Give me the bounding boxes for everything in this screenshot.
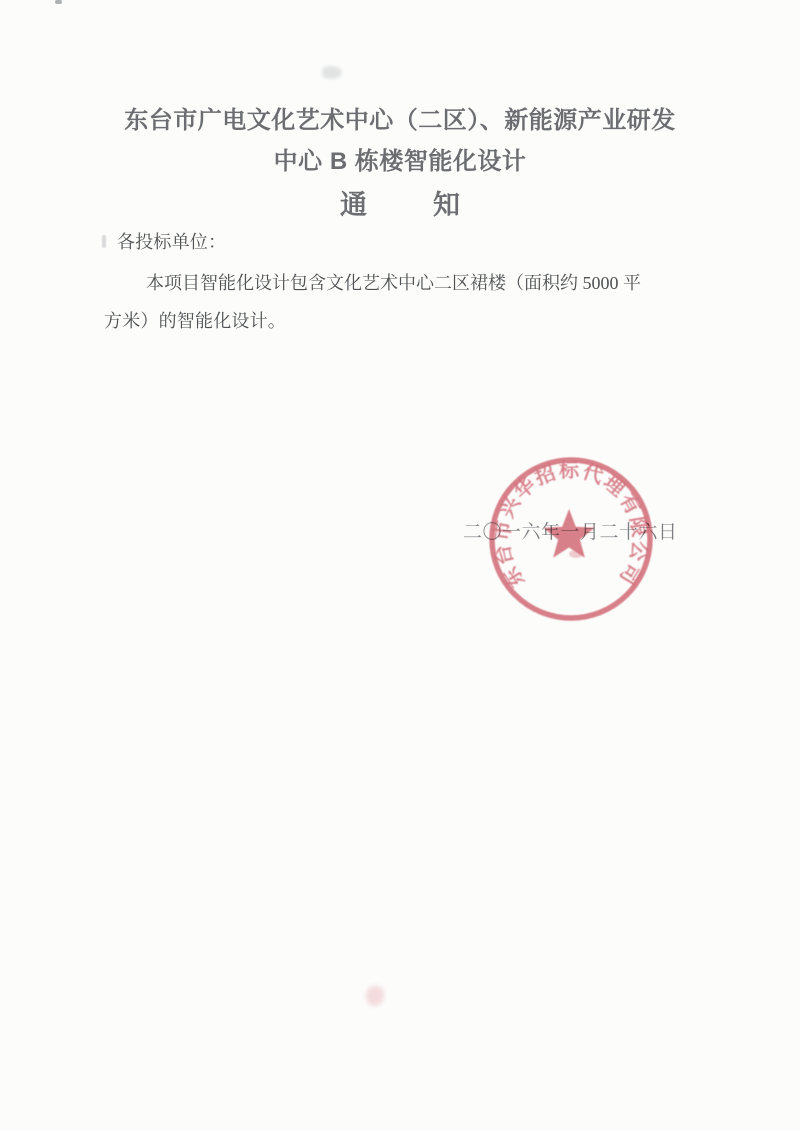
notice-heading-char-2: 知 bbox=[433, 183, 460, 222]
document-title-line-2: 中心 B 栋楼智能化设计 bbox=[0, 141, 800, 176]
scanned-notice-page: 东台市广电文化艺术中心（二区）、新能源产业研发 中心 B 栋楼智能化设计 通 知… bbox=[0, 0, 800, 1131]
body-paragraph-line-1: 本项目智能化设计包含文化艺术中心二区裙楼（面积约 5000 平 bbox=[146, 269, 641, 295]
body-paragraph-line-2: 方米）的智能化设计。 bbox=[104, 307, 286, 333]
scan-artifact bbox=[102, 235, 106, 248]
document-title-line-1: 东台市广电文化艺术中心（二区）、新能源产业研发 bbox=[0, 100, 800, 135]
stamp-ink-smudge bbox=[569, 550, 583, 558]
notice-heading: 通 知 bbox=[0, 183, 800, 222]
notice-heading-char-1: 通 bbox=[340, 183, 367, 222]
salutation: 各投标单位： bbox=[117, 228, 226, 254]
star-icon bbox=[543, 509, 594, 558]
scan-artifact bbox=[322, 66, 342, 79]
company-stamp: 东台市兴华招标代理有限公司 bbox=[470, 438, 672, 640]
scan-artifact bbox=[366, 986, 384, 1006]
scan-artifact bbox=[55, 0, 62, 4]
